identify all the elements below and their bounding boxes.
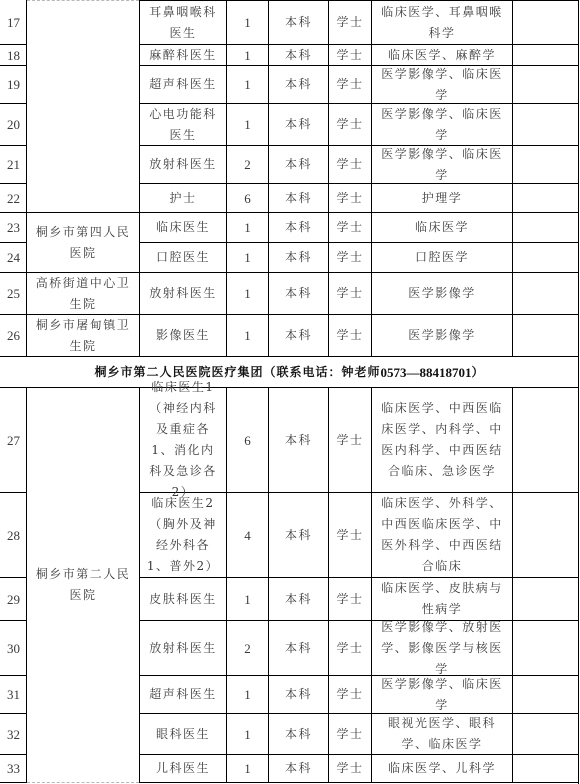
major-cell: 医学影像学 (372, 273, 512, 314)
section-header-phone: 0573—88418701 (381, 362, 472, 383)
position-cell: 儿科医生 (140, 755, 226, 782)
degree-cell: 学士 (329, 104, 371, 145)
unit-cell-second-hospital: 桐乡市第二人民医院 (27, 388, 139, 782)
position-cell: 护士 (140, 184, 226, 212)
education-cell: 本科 (269, 714, 328, 754)
position-cell: 口腔医生 (140, 243, 226, 272)
row-number: 23 (1, 213, 26, 242)
degree-cell: 学士 (329, 146, 371, 183)
row-number: 21 (1, 146, 26, 183)
major-cell: 临床医学、皮肤病与性病学 (372, 578, 512, 620)
note-cell (513, 676, 578, 713)
major-cell: 临床医学 (372, 213, 512, 242)
row-number: 31 (1, 676, 26, 713)
unit-cell-gaoqiao: 高桥街道中心卫生院 (27, 273, 139, 314)
education-cell: 本科 (269, 184, 328, 212)
note-cell (513, 493, 578, 577)
degree-cell: 学士 (329, 243, 371, 272)
grid-line-dashed (27, 782, 139, 783)
position-cell: 影像医生 (140, 315, 226, 356)
count-cell: 6 (227, 184, 268, 212)
degree-cell: 学士 (329, 213, 371, 242)
count-cell: 6 (227, 388, 268, 492)
count-cell: 1 (227, 273, 268, 314)
row-number: 24 (1, 243, 26, 272)
major-cell: 口腔医学 (372, 243, 512, 272)
row-number: 22 (1, 184, 26, 212)
major-cell: 临床医学、耳鼻咽喉科学 (372, 1, 512, 44)
education-cell: 本科 (269, 493, 328, 577)
degree-cell: 学士 (329, 1, 371, 44)
count-cell: 1 (227, 66, 268, 103)
education-cell: 本科 (269, 315, 328, 356)
note-cell (513, 184, 578, 212)
major-cell: 医学影像学、临床医学 (372, 66, 512, 103)
count-cell: 1 (227, 676, 268, 713)
note-cell (513, 66, 578, 103)
position-cell: 临床医生2（胸外及神经外科各1、普外2） (140, 493, 226, 577)
major-cell: 医学影像学、放射医学、影像医学与核医学 (372, 621, 512, 675)
education-cell: 本科 (269, 621, 328, 675)
row-number: 26 (1, 315, 26, 356)
row-number: 28 (1, 493, 26, 577)
education-cell: 本科 (269, 45, 328, 65)
row-number: 17 (1, 1, 26, 44)
major-cell: 护理学 (372, 184, 512, 212)
major-cell: 医学影像学、临床医学 (372, 676, 512, 713)
count-cell: 1 (227, 714, 268, 754)
note-cell (513, 315, 578, 356)
note-cell (513, 578, 578, 620)
position-cell: 眼科医生 (140, 714, 226, 754)
degree-cell: 学士 (329, 621, 371, 675)
degree-cell: 学士 (329, 578, 371, 620)
degree-cell: 学士 (329, 315, 371, 356)
note-cell (513, 146, 578, 183)
education-cell: 本科 (269, 388, 328, 492)
position-cell: 超声科医生 (140, 676, 226, 713)
unit-name: 桐乡市第二人民医院 (35, 564, 131, 606)
note-cell (513, 1, 578, 44)
education-cell: 本科 (269, 66, 328, 103)
education-cell: 本科 (269, 755, 328, 782)
education-cell: 本科 (269, 104, 328, 145)
major-cell: 临床医学、外科学、中西医临床医学、中医外科学、中西医结合临床 (372, 493, 512, 577)
row-number: 25 (1, 273, 26, 314)
major-cell: 临床医学、中西医临床医学、内科学、中医内科学、中西医结合临床、急诊医学 (372, 388, 512, 492)
count-cell: 1 (227, 243, 268, 272)
section-header-text: 桐乡市第二人民医院医疗集团（联系电话：钟老师 (94, 362, 380, 383)
degree-cell: 学士 (329, 714, 371, 754)
position-cell: 临床医生1（神经内科及重症各1、消化内科及急诊各2） (140, 388, 226, 492)
row-number: 18 (1, 45, 26, 65)
position-cell: 麻醉科医生 (140, 45, 226, 65)
section-header: 桐乡市第二人民医院医疗集团（联系电话：钟老师0573—88418701） (1, 357, 578, 387)
note-cell (513, 104, 578, 145)
position-cell: 放射科医生 (140, 621, 226, 675)
note-cell (513, 621, 578, 675)
note-cell (513, 45, 578, 65)
count-cell: 1 (227, 755, 268, 782)
education-cell: 本科 (269, 213, 328, 242)
degree-cell: 学士 (329, 676, 371, 713)
row-number: 32 (1, 714, 26, 754)
major-cell: 医学影像学、临床医学 (372, 104, 512, 145)
major-cell: 临床医学、麻醉学 (372, 45, 512, 65)
degree-cell: 学士 (329, 388, 371, 492)
count-cell: 2 (227, 621, 268, 675)
note-cell (513, 714, 578, 754)
degree-cell: 学士 (329, 273, 371, 314)
count-cell: 1 (227, 45, 268, 65)
note-cell (513, 273, 578, 314)
major-cell: 医学影像学、临床医学 (372, 146, 512, 183)
note-cell (513, 243, 578, 272)
count-cell: 1 (227, 1, 268, 44)
position-cell: 超声科医生 (140, 66, 226, 103)
note-cell (513, 213, 578, 242)
position-cell: 心电功能科医生 (140, 104, 226, 145)
count-cell: 1 (227, 213, 268, 242)
position-cell: 放射科医生 (140, 146, 226, 183)
position-cell: 耳鼻咽喉科医生 (140, 1, 226, 44)
row-number: 27 (1, 388, 26, 492)
unit-name: 桐乡市第四人民医院 (35, 222, 131, 264)
unit-cell-fourth-hospital: 桐乡市第四人民医院 (27, 213, 139, 272)
count-cell: 1 (227, 104, 268, 145)
row-number: 20 (1, 104, 26, 145)
count-cell: 1 (227, 578, 268, 620)
major-cell: 医学影像学 (372, 315, 512, 356)
education-cell: 本科 (269, 243, 328, 272)
count-cell: 4 (227, 493, 268, 577)
position-cell: 临床医生 (140, 213, 226, 242)
major-cell: 眼视光医学、眼科学、临床医学 (372, 714, 512, 754)
note-cell (513, 388, 578, 492)
note-cell (513, 755, 578, 782)
position-cell: 放射科医生 (140, 273, 226, 314)
degree-cell: 学士 (329, 184, 371, 212)
unit-cell-tudian: 桐乡市屠甸镇卫生院 (27, 315, 139, 356)
major-cell: 临床医学、儿科学 (372, 755, 512, 782)
grid-line (0, 782, 27, 783)
grid-line-dashed (27, 0, 139, 1)
grid-line (139, 782, 579, 783)
education-cell: 本科 (269, 273, 328, 314)
row-number: 19 (1, 66, 26, 103)
count-cell: 1 (227, 315, 268, 356)
degree-cell: 学士 (329, 45, 371, 65)
education-cell: 本科 (269, 578, 328, 620)
section-header-close: ） (472, 362, 485, 383)
position-cell: 皮肤科医生 (140, 578, 226, 620)
unit-name: 高桥街道中心卫生院 (35, 273, 131, 315)
grid-line (578, 0, 579, 784)
education-cell: 本科 (269, 146, 328, 183)
row-number: 33 (1, 755, 26, 782)
unit-name: 桐乡市屠甸镇卫生院 (35, 315, 131, 357)
row-number: 30 (1, 621, 26, 675)
count-cell: 2 (227, 146, 268, 183)
education-cell: 本科 (269, 1, 328, 44)
degree-cell: 学士 (329, 755, 371, 782)
row-number: 29 (1, 578, 26, 620)
education-cell: 本科 (269, 676, 328, 713)
degree-cell: 学士 (329, 493, 371, 577)
degree-cell: 学士 (329, 66, 371, 103)
